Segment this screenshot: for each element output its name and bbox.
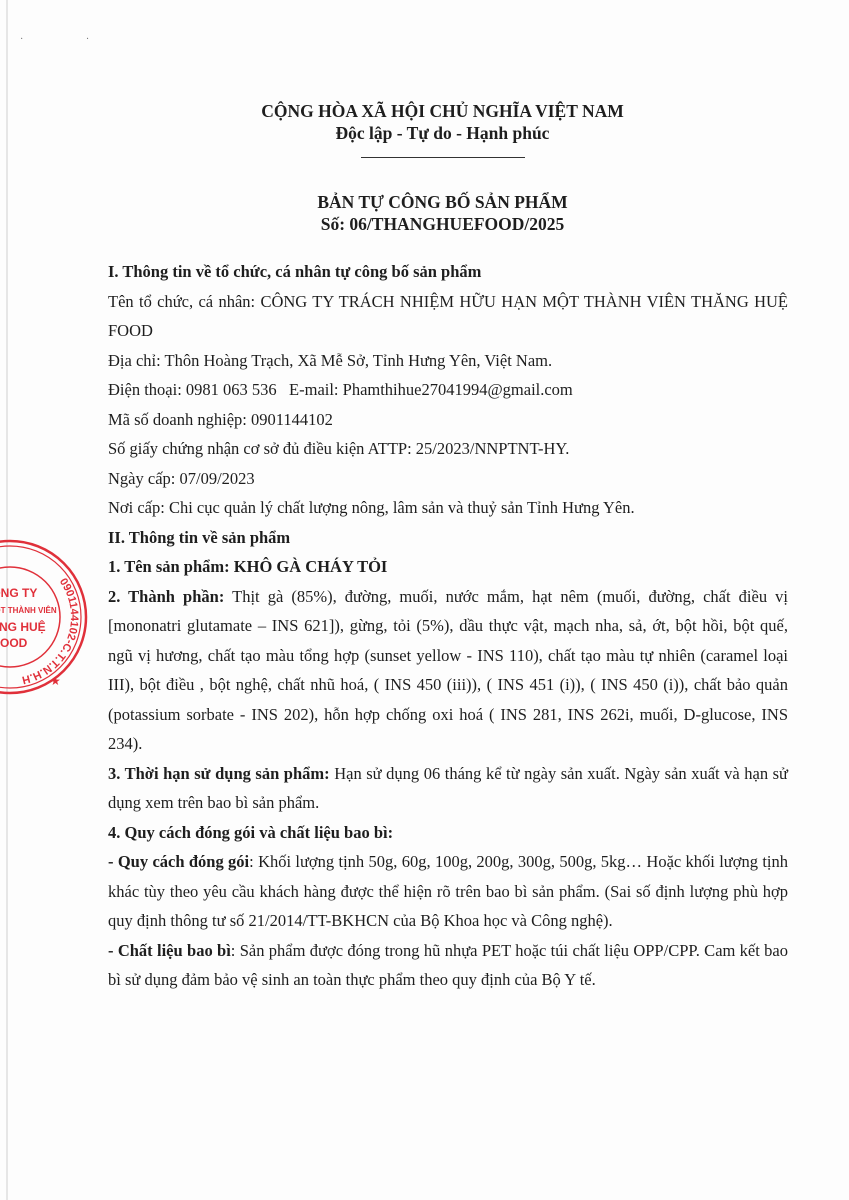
document-page: · · 0901144102-C.T.T.N.H.H ★ CÔNG TY TNH…: [0, 0, 849, 1200]
svg-text:CÔNG TY: CÔNG TY: [0, 585, 37, 600]
email-value: Phamthihue27041994@gmail.com: [343, 380, 573, 399]
shelf-life-paragraph: 3. Thời hạn sử dụng sản phẩm: Hạn sử dụn…: [108, 759, 788, 818]
packing-spec-label: - Quy cách đóng gói: [108, 852, 249, 871]
section-1-heading: I. Thông tin về tổ chức, cá nhân tự công…: [108, 257, 788, 287]
tax-code-label: Mã số doanh nghiệp:: [108, 410, 247, 429]
certificate-label: Số giấy chứng nhận cơ sở đủ điều kiện AT…: [108, 439, 412, 458]
svg-text:★: ★: [50, 674, 61, 688]
scan-marks: · ·: [20, 34, 119, 45]
address-label: Địa chỉ:: [108, 351, 161, 370]
packaging-heading: 4. Quy cách đóng gói và chất liệu bao bì…: [108, 818, 788, 848]
document-number: Số: 06/THANGHUEFOOD/2025: [36, 213, 849, 235]
svg-text:THĂNG HUỆ: THĂNG HUỆ: [0, 619, 46, 634]
ingredients-value: Thịt gà (85%), đường, muối, nước mắm, hạ…: [108, 587, 788, 754]
national-motto: Độc lập - Tự do - Hạnh phúc: [36, 122, 849, 144]
tax-code-line: Mã số doanh nghiệp: 0901144102: [108, 405, 788, 435]
contact-line: Điện thoại: 0981 063 536 E-mail: Phamthi…: [108, 375, 788, 405]
national-header: CỘNG HÒA XÃ HỘI CHỦ NGHĨA VIỆT NAM Độc l…: [0, 100, 849, 158]
ingredients-paragraph: 2. Thành phần: Thịt gà (85%), đường, muố…: [108, 582, 788, 759]
svg-text:TNHH MỘT THÀNH VIÊN: TNHH MỘT THÀNH VIÊN: [0, 606, 57, 615]
company-seal-icon: 0901144102-C.T.T.N.H.H ★ CÔNG TY TNHH MỘ…: [0, 537, 90, 697]
document-title: BẢN TỰ CÔNG BỐ SẢN PHẨM: [36, 191, 849, 213]
address-line: Địa chỉ: Thôn Hoàng Trạch, Xã Mễ Sở, Tỉn…: [108, 346, 788, 376]
section-2-heading: II. Thông tin về sản phẩm: [108, 523, 788, 553]
product-name-value: KHÔ GÀ CHÁY TỎI: [234, 557, 388, 576]
product-name-line: 1. Tên sản phẩm: KHÔ GÀ CHÁY TỎI: [108, 552, 788, 582]
document-title-block: BẢN TỰ CÔNG BỐ SẢN PHẨM Số: 06/THANGHUEF…: [0, 191, 849, 235]
ingredients-label: 2. Thành phần:: [108, 587, 224, 606]
issuer-value: Chi cục quản lý chất lượng nông, lâm sản…: [169, 498, 635, 517]
org-name-label: Tên tổ chức, cá nhân:: [108, 292, 255, 311]
org-name-line: Tên tổ chức, cá nhân: CÔNG TY TRÁCH NHIỆ…: [108, 287, 788, 346]
packaging-material-paragraph: - Chất liệu bao bì: Sản phẩm được đóng t…: [108, 936, 788, 995]
tax-code-value: 0901144102: [251, 410, 333, 429]
certificate-line: Số giấy chứng nhận cơ sở đủ điều kiện AT…: [108, 434, 788, 464]
document-body: I. Thông tin về tổ chức, cá nhân tự công…: [108, 257, 788, 995]
svg-text:FOOD: FOOD: [0, 636, 28, 650]
email-label: E-mail:: [289, 380, 338, 399]
packing-spec-paragraph: - Quy cách đóng gói: Khối lượng tịnh 50g…: [108, 847, 788, 936]
packaging-material-label: - Chất liệu bao bì: [108, 941, 231, 960]
header-divider: [361, 157, 525, 158]
product-name-label: 1. Tên sản phẩm:: [108, 557, 230, 576]
issue-date-value: 07/09/2023: [179, 469, 254, 488]
issuer-line: Nơi cấp: Chi cục quản lý chất lượng nông…: [108, 493, 788, 523]
address-value: Thôn Hoàng Trạch, Xã Mễ Sở, Tỉnh Hưng Yê…: [165, 351, 553, 370]
phone-label: Điện thoại:: [108, 380, 182, 399]
nation-title: CỘNG HÒA XÃ HỘI CHỦ NGHĨA VIỆT NAM: [36, 100, 849, 122]
certificate-value: 25/2023/NNPTNT-HY.: [416, 439, 570, 458]
issuer-label: Nơi cấp:: [108, 498, 165, 517]
shelf-life-label: 3. Thời hạn sử dụng sản phẩm:: [108, 764, 330, 783]
issue-date-label: Ngày cấp:: [108, 469, 175, 488]
phone-value: 0981 063 536: [186, 380, 277, 399]
issue-date-line: Ngày cấp: 07/09/2023: [108, 464, 788, 494]
